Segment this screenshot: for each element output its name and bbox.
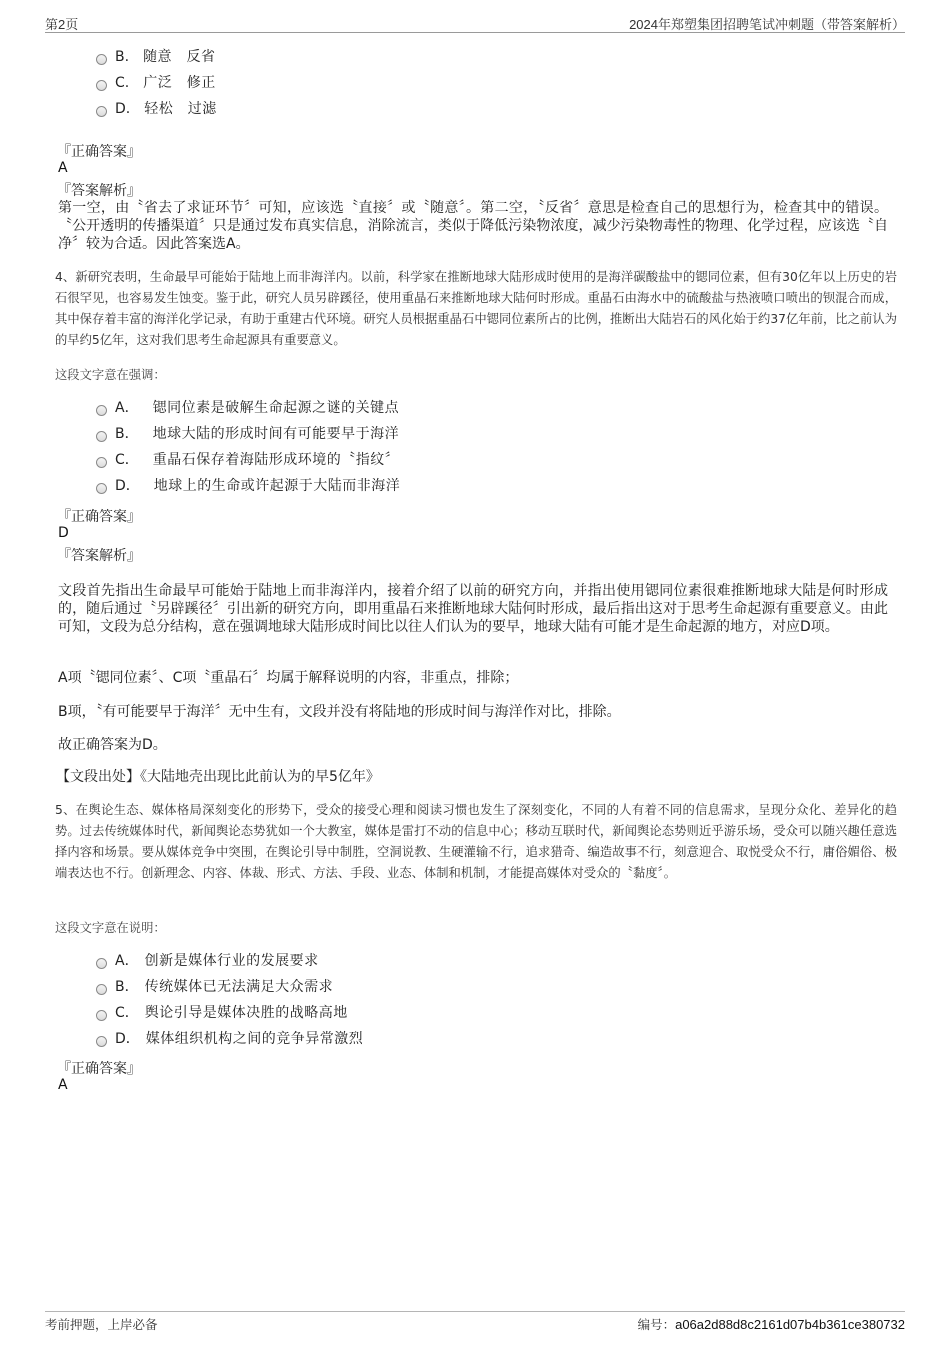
q4-prompt: 这段文字意在强调： — [55, 365, 166, 383]
q4-answer-label: 『正确答案』 — [57, 506, 141, 526]
radio-icon[interactable] — [96, 1010, 107, 1021]
radio-icon[interactable] — [96, 1036, 107, 1047]
radio-icon[interactable] — [96, 80, 107, 91]
footer-slogan: 考前押题，上岸必备 — [45, 1315, 158, 1333]
q4-analysis-main: 文段首先指出生命最早可能始于陆地上而非海洋内，接着介绍了以前的研究方向，并指出使… — [58, 582, 888, 636]
radio-icon[interactable] — [96, 431, 107, 442]
document-id-label: 编号： — [638, 1318, 676, 1332]
radio-icon[interactable] — [96, 958, 107, 969]
q5-option-d[interactable]: D．媒体组织机构之间的竞争异常激烈 — [96, 1029, 363, 1049]
q5-option-b[interactable]: B．传统媒体已无法满足大众需求 — [96, 977, 333, 997]
q5-prompt: 这段文字意在说明： — [55, 918, 166, 936]
q4-option-b[interactable]: B．地球大陆的形成时间有可能要早于海洋 — [96, 424, 399, 444]
radio-icon[interactable] — [96, 483, 107, 494]
q4-option-c[interactable]: C．重晶石保存着海陆形成环境的〝指纹〞 — [96, 450, 399, 470]
q4-analysis-b: B项，〝有可能要早于海洋〞无中生有，文段并没有将陆地的形成时间与海洋作对比，排除… — [58, 703, 888, 721]
q3-analysis: 第一空，由〝省去了求证环节〞可知，应该选〝直接〞或〝随意〞。第二空，〝反省〞意思… — [58, 199, 888, 253]
radio-icon[interactable] — [96, 457, 107, 468]
q4-option-a[interactable]: A．锶同位素是破解生命起源之谜的关键点 — [96, 398, 399, 418]
q4-analysis-conclusion: 故正确答案为D。 — [58, 736, 888, 754]
document-title: 2024年郑塑集团招聘笔试冲刺题（带答案解析） — [629, 14, 905, 33]
q5-answer: A — [58, 1077, 68, 1093]
q3-analysis-label: 『答案解析』 — [57, 180, 141, 200]
radio-icon[interactable] — [96, 405, 107, 416]
q5-stem: 5、在舆论生态、媒体格局深刻变化的形势下，受众的接受心理和阅读习惯也发生了深刻变… — [55, 800, 897, 884]
q4-source: 【文段出处】《大陆地壳出现比此前认为的早5亿年》 — [56, 768, 886, 786]
q3-option-d[interactable]: D.轻松 过滤 — [96, 99, 217, 119]
document-id: 编号：a06a2d88d8c2161d07b4b361ce380732 — [638, 1315, 905, 1333]
radio-icon[interactable] — [96, 984, 107, 995]
page-number: 第2页 — [45, 14, 78, 33]
radio-icon[interactable] — [96, 54, 107, 65]
q3-answer-label: 『正确答案』 — [57, 141, 141, 161]
q4-answer: D — [58, 525, 69, 541]
document-id-value: a06a2d88d8c2161d07b4b361ce380732 — [675, 1317, 905, 1332]
q3-answer: A — [58, 160, 68, 176]
q5-answer-label: 『正确答案』 — [57, 1058, 141, 1078]
radio-icon[interactable] — [96, 106, 107, 117]
q3-option-c[interactable]: C.广泛 修正 — [96, 73, 216, 93]
page-footer: 考前押题，上岸必备 编号：a06a2d88d8c2161d07b4b361ce3… — [45, 1311, 905, 1334]
q3-option-b[interactable]: B.随意 反省 — [96, 47, 216, 67]
page-header: 第2页 2024年郑塑集团招聘笔试冲刺题（带答案解析） — [45, 12, 905, 33]
q5-option-c[interactable]: C．舆论引导是媒体决胜的战略高地 — [96, 1003, 348, 1023]
q4-stem: 4、新研究表明，生命最早可能始于陆地上而非海洋内。以前，科学家在推断地球大陆形成… — [55, 267, 897, 351]
q5-option-a[interactable]: A．创新是媒体行业的发展要求 — [96, 951, 319, 971]
q4-analysis-ac: A项〝锶同位素〞、C项〝重晶石〞均属于解释说明的内容，非重点，排除； — [58, 669, 888, 687]
q4-analysis-label: 『答案解析』 — [57, 545, 141, 565]
q4-option-d[interactable]: D．地球上的生命或许起源于大陆而非海洋 — [96, 476, 400, 496]
